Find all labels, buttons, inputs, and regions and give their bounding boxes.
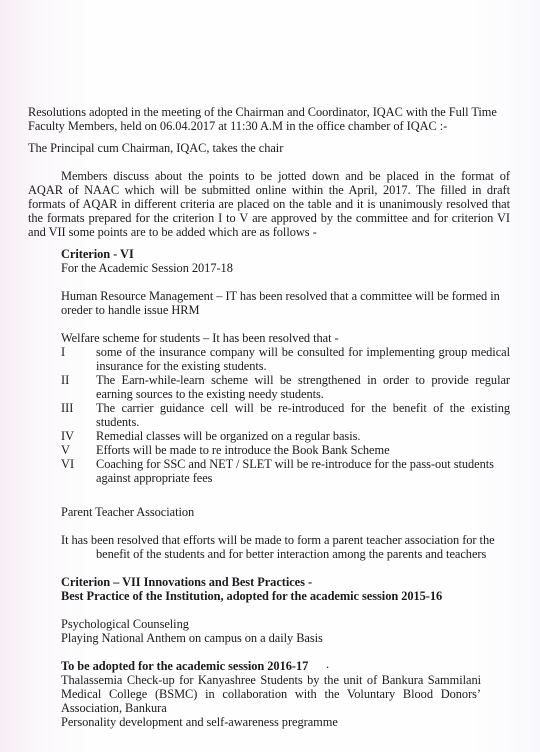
welfare-item-number: IV bbox=[61, 429, 74, 443]
welfare-item-text: Efforts will be made to re introduce the… bbox=[96, 443, 390, 457]
welfare-item-number: II bbox=[61, 373, 69, 387]
intro-line-2: Faculty Members, held on 06.04.2017 at 1… bbox=[28, 119, 447, 133]
discussion-line-1: Members discuss about the points to be j… bbox=[61, 169, 510, 183]
pta-heading: Parent Teacher Association bbox=[61, 505, 194, 519]
pta-line-1: It has been resolved that efforts will b… bbox=[61, 533, 495, 547]
discussion-line-4: the formats prepared for the criterion I… bbox=[28, 211, 510, 225]
hrm-line-2: oreder to handle issue HRM bbox=[61, 303, 199, 317]
future-line-3: Association, Bankura bbox=[61, 701, 167, 715]
welfare-item-text: insurance for the existing students. bbox=[96, 359, 267, 373]
chair-statement: The Principal cum Chairman, IQAC, takes … bbox=[28, 141, 283, 155]
welfare-item-number: III bbox=[61, 401, 73, 415]
future-line-1: Thalassemia Check-up for Kanyashree Stud… bbox=[61, 673, 481, 687]
welfare-item-text: Coaching for SSC and NET / SLET will be … bbox=[96, 457, 494, 471]
criterion-vi-heading: Criterion - VI bbox=[61, 247, 134, 261]
welfare-item-text: Remedial classes will be organized on a … bbox=[96, 429, 360, 443]
future-line-2: Medical College (BSMC) in collaboration … bbox=[61, 687, 481, 701]
best-practice-item: Psychological Counseling bbox=[61, 617, 189, 631]
welfare-item-text: some of the insurance company will be co… bbox=[96, 345, 510, 359]
discussion-line-3: formats of AQAR in different criteria ar… bbox=[28, 197, 510, 211]
scanned-document-page: Resolutions adopted in the meeting of th… bbox=[0, 0, 540, 752]
welfare-item-text: students. bbox=[96, 415, 139, 429]
welfare-item-text: earning sources to the existing needy st… bbox=[96, 387, 324, 401]
welfare-item-text: The carrier guidance cell will be re-int… bbox=[96, 401, 510, 415]
welfare-intro: Welfare scheme for students – It has bee… bbox=[61, 331, 339, 345]
welfare-item-number: V bbox=[61, 443, 70, 457]
pta-line-2: benefit of the students and for better i… bbox=[96, 547, 486, 561]
criterion-vii-subheading: Best Practice of the Institution, adopte… bbox=[61, 589, 442, 603]
discussion-line-5: and VII some points are to be added whic… bbox=[28, 225, 317, 239]
discussion-line-2: AQAR of NAAC which will be submitted onl… bbox=[28, 183, 510, 197]
welfare-item-text: The Earn-while-learn scheme will be stre… bbox=[96, 373, 510, 387]
criterion-vii-heading: Criterion – VII Innovations and Best Pra… bbox=[61, 575, 312, 589]
intro-line-1: Resolutions adopted in the meeting of th… bbox=[28, 105, 497, 119]
stray-mark: . bbox=[326, 657, 329, 671]
future-practices-heading: To be adopted for the academic session 2… bbox=[61, 659, 308, 673]
welfare-item-text: against appropriate fees bbox=[96, 471, 212, 485]
future-line-4: Personality development and self-awarene… bbox=[61, 715, 338, 729]
best-practice-item: Playing National Anthem on campus on a d… bbox=[61, 631, 323, 645]
welfare-item-number: VI bbox=[61, 457, 74, 471]
welfare-item-number: I bbox=[61, 345, 65, 359]
criterion-vi-session: For the Academic Session 2017-18 bbox=[61, 261, 233, 275]
hrm-line-1: Human Resource Management – IT has been … bbox=[61, 289, 500, 303]
